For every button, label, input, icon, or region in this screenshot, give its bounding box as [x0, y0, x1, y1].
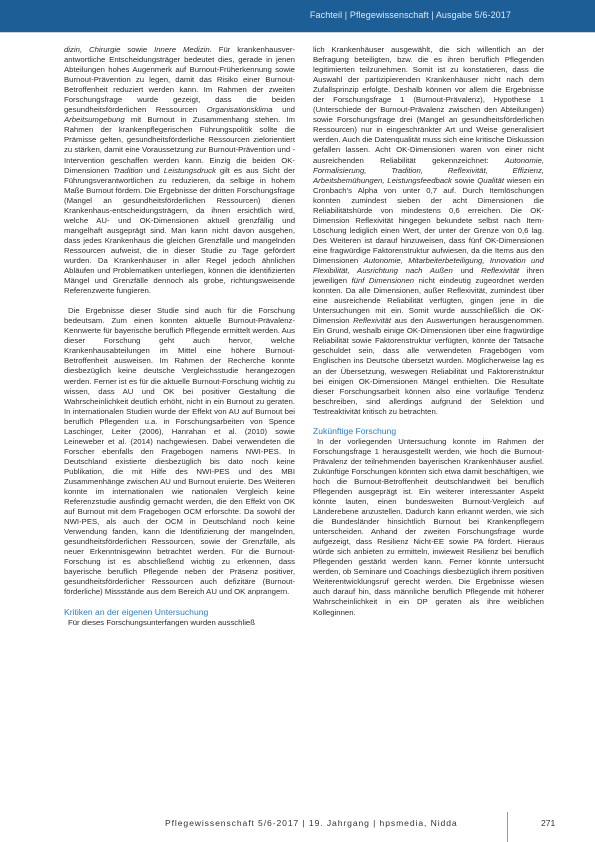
italic-term: Tradition [113, 166, 143, 175]
italic-term: Organisationsklima [207, 105, 273, 114]
text-run: und [143, 166, 164, 175]
footer-citation: Pflegewissenschaft 5/6-2017 | 19. Jahrga… [165, 818, 458, 828]
text-run: sowie [120, 45, 154, 54]
italic-term: Leistungsdruck [164, 166, 216, 175]
text-run: wiesen ein Cronbach's Alpha von unter 0,… [313, 176, 544, 265]
text-run: gilt es aus Sicht der Führungsverantwort… [64, 166, 295, 296]
italic-term: dizin, Chirurgie [64, 45, 120, 54]
italic-term: Innere Medizin [154, 45, 210, 54]
text-run: aus den Auswertungen herausgenommen. Ein… [313, 316, 544, 415]
left-column: dizin, Chirurgie sowie Innere Medizin. F… [64, 45, 295, 628]
italic-term: Reflexivität [353, 316, 391, 325]
italic-term: Arbeitsumgebung [64, 115, 125, 124]
left-paragraph-3: Für dieses Forschungsunterfangen wurden … [64, 618, 295, 628]
footer-divider [507, 812, 508, 842]
section-heading-critique: Kritiken an der eigenen Untersuchung [64, 607, 295, 617]
text-run: und [273, 105, 295, 114]
left-paragraph-2: Die Ergebnisse dieser Studie sind auch f… [64, 306, 295, 597]
right-paragraph-2: In der vorliegenden Untersuchung konnte … [313, 437, 544, 618]
text-run: . Für krankenhausver­antwortliche Entsch… [64, 45, 295, 114]
section-heading-future-research: Zukünftige Forschung [313, 426, 544, 436]
page-footer: Pflegewissenschaft 5/6-2017 | 19. Jahrga… [0, 812, 595, 842]
text-run: und [453, 266, 481, 275]
right-column: lich Krankenhäuser ausgewählt, die sich … [313, 45, 544, 618]
italic-term: Qualität [477, 176, 504, 185]
text-run: sowie [452, 176, 477, 185]
right-paragraph-1: lich Krankenhäuser ausgewählt, die sich … [313, 45, 544, 417]
page-number: 271 [541, 818, 555, 828]
left-paragraph-1: dizin, Chirurgie sowie Innere Medizin. F… [64, 45, 295, 296]
italic-term: fünf Dimensionen [352, 276, 415, 285]
text-run: lich Krankenhäuser ausgewählt, die sich … [313, 45, 544, 165]
running-header-title: Fachteil | Pflegewissenschaft | Ausgabe … [310, 10, 511, 20]
header-bar: Fachteil | Pflegewissenschaft | Ausgabe … [0, 0, 595, 33]
italic-term: Reflexivität [481, 266, 519, 275]
